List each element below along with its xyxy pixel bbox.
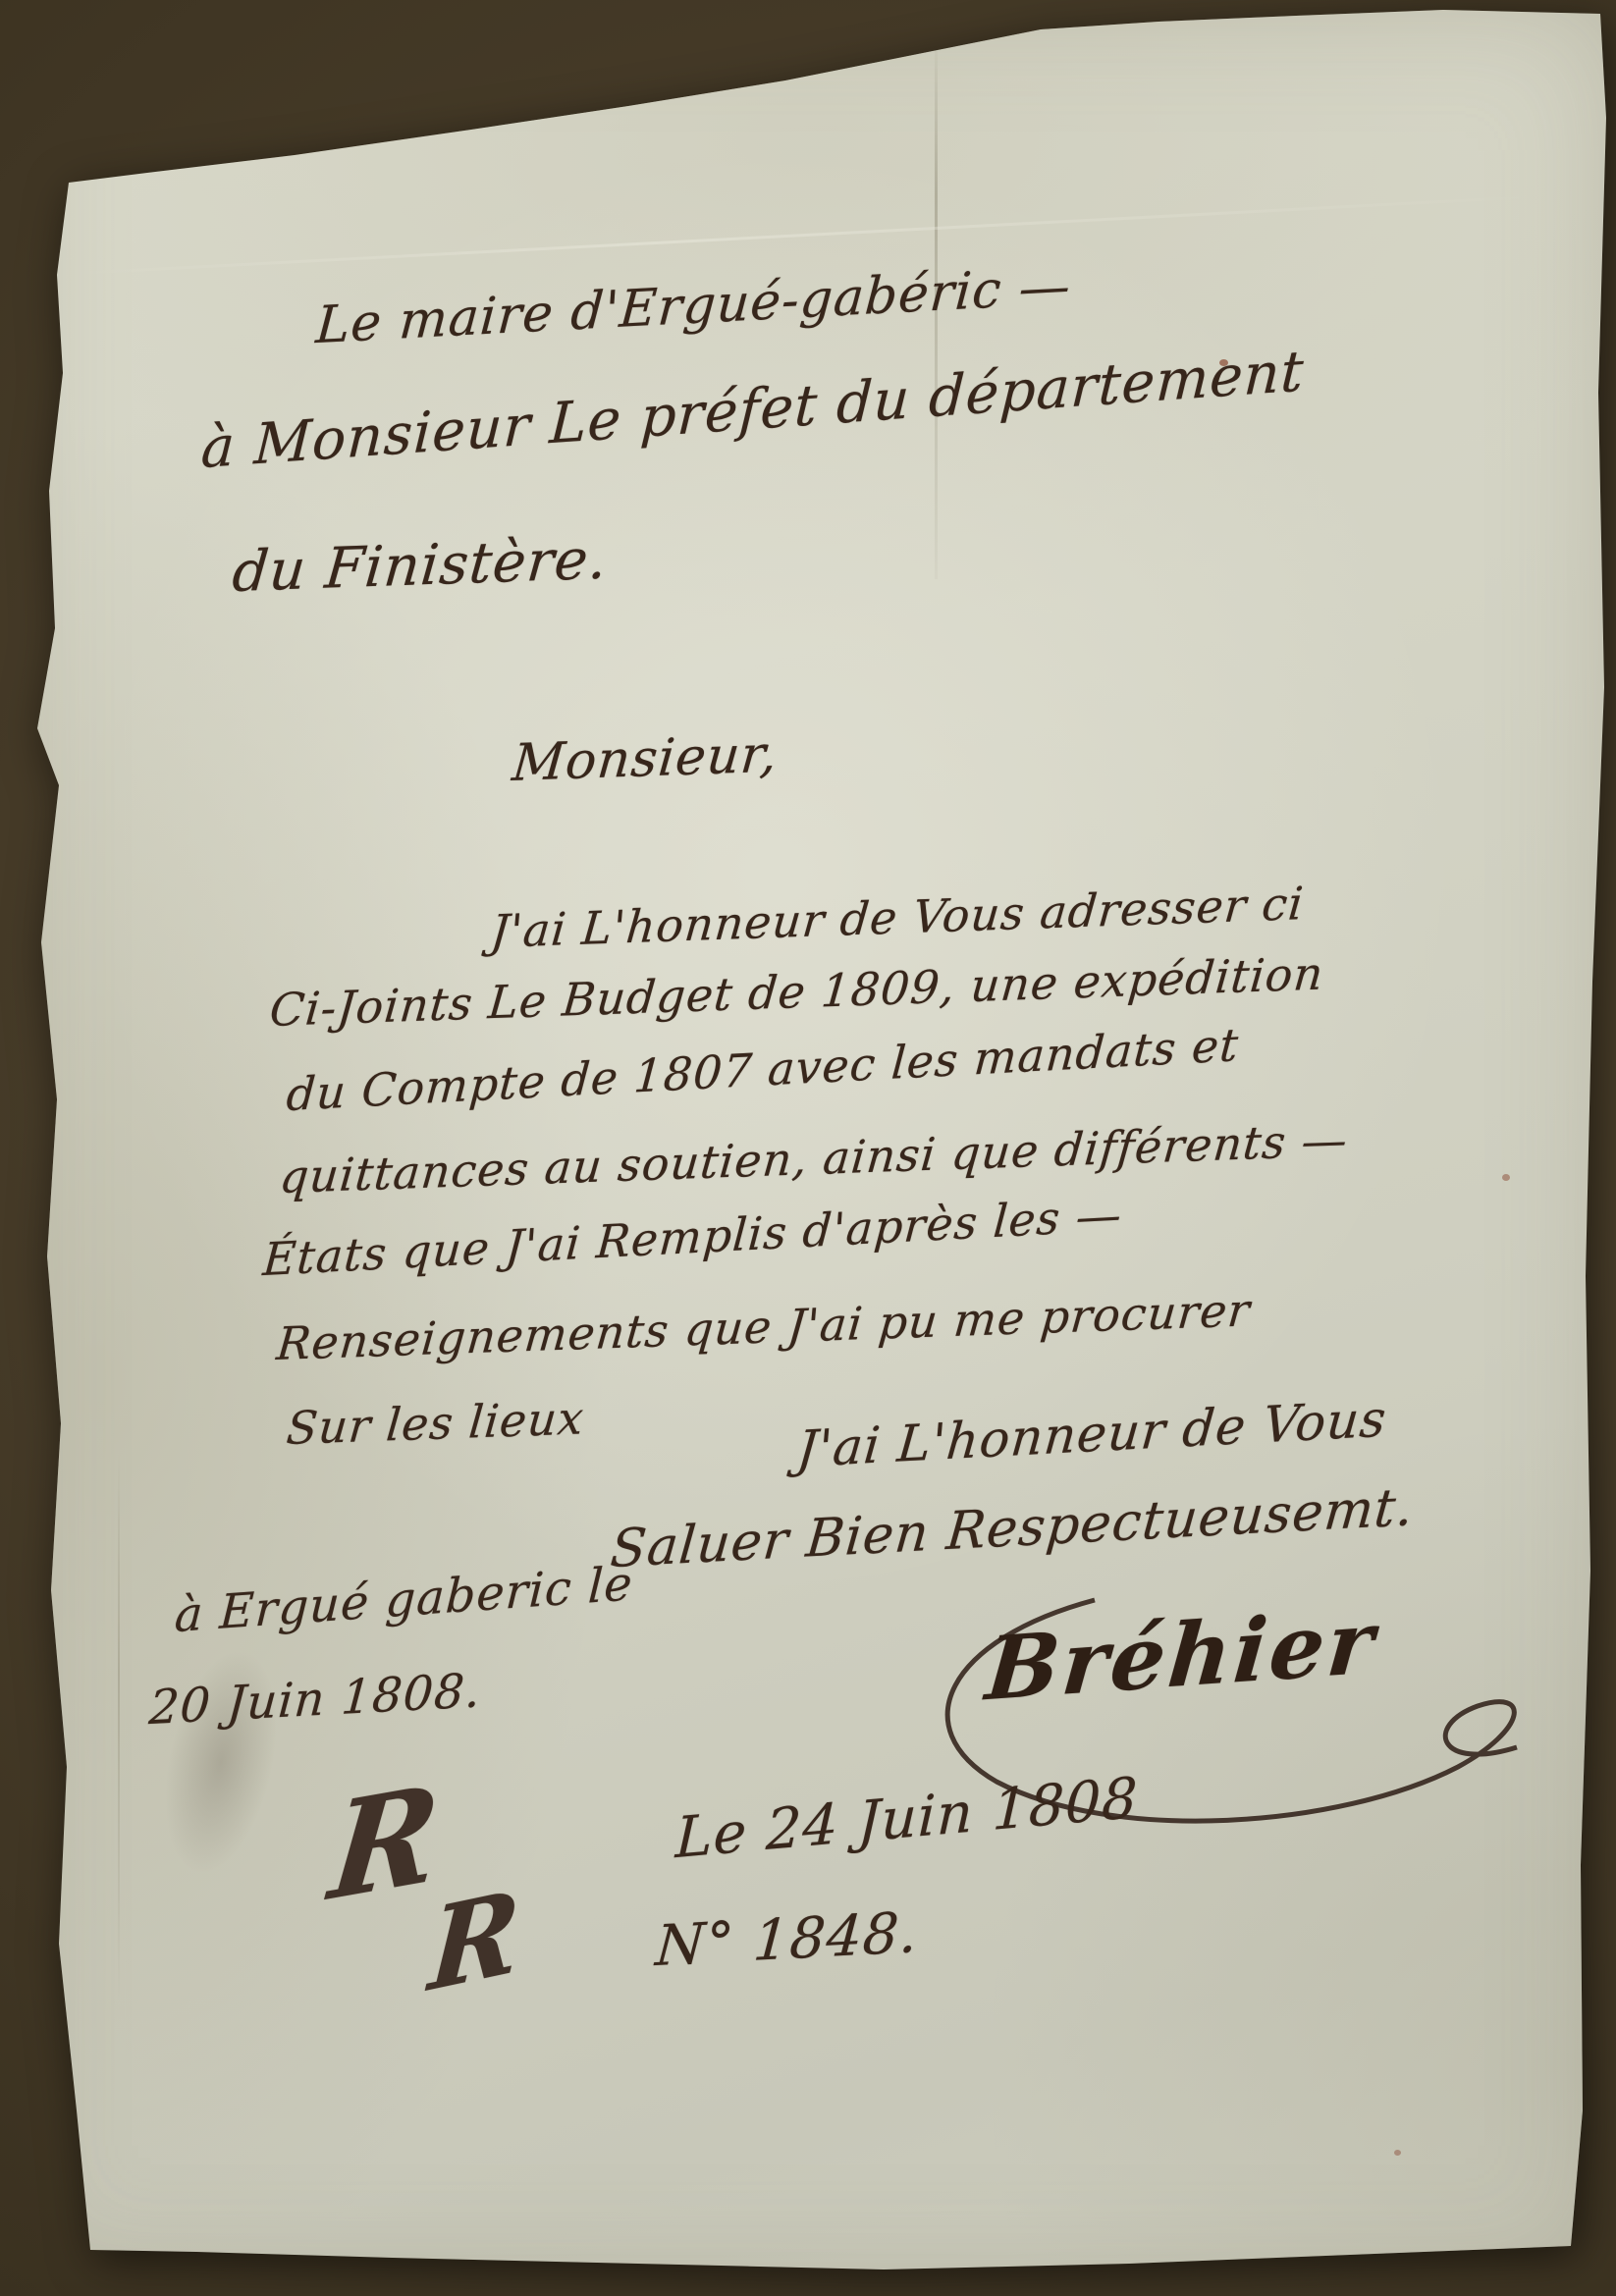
paper-crease (70, 195, 1540, 276)
paper-crease (118, 1453, 120, 2002)
paper-shadow-wrap: Le maire d'Ergué-gabéric — à Monsieur Le… (0, 0, 1616, 2296)
ink-smudge (115, 1588, 326, 1936)
closing-line: Saluer Bien Respectueusemt. (608, 1477, 1416, 1579)
letter-paper: Le maire d'Ergué-gabéric — à Monsieur Le… (0, 0, 1616, 2296)
body-line: Renseignements que J'ai pu me procurer (275, 1283, 1253, 1370)
place-date-line: à Ergué gaberic le (174, 1556, 635, 1643)
registry-paraph-mark: R (425, 1865, 525, 2018)
foxing-speck (1502, 1174, 1510, 1181)
body-line: J'ai L'honneur de Vous adresser ci (489, 877, 1307, 958)
registry-number: N° 1848. (654, 1900, 921, 1979)
registry-date-received: Le 24 Juin 1808 (674, 1766, 1140, 1872)
letterhead-recipient: à Monsieur Le préfet du département (199, 339, 1306, 481)
place-date-line: 20 Juin 1808. (147, 1663, 483, 1735)
closing-line: J'ai L'honneur de Vous (794, 1390, 1388, 1479)
body-line: du Compte de 1807 avec les mandats et (285, 1018, 1241, 1121)
photo-background: Le maire d'Ergué-gabéric — à Monsieur Le… (0, 0, 1616, 2296)
letterhead-sender: Le maire d'Ergué-gabéric — (314, 257, 1073, 356)
body-line: États que J'ai Remplis d'après les — (261, 1188, 1124, 1286)
foxing-speck (1394, 2150, 1401, 2156)
salutation: Monsieur, (510, 724, 780, 793)
body-line: quittances au soutien, ainsi que différe… (278, 1113, 1351, 1203)
signature: Bréhier (982, 1590, 1380, 1721)
body-line: Sur les lieux (285, 1391, 587, 1455)
letterhead-recipient-department: du Finistère. (230, 527, 611, 606)
registry-paraph-mark: R (324, 1755, 448, 1932)
